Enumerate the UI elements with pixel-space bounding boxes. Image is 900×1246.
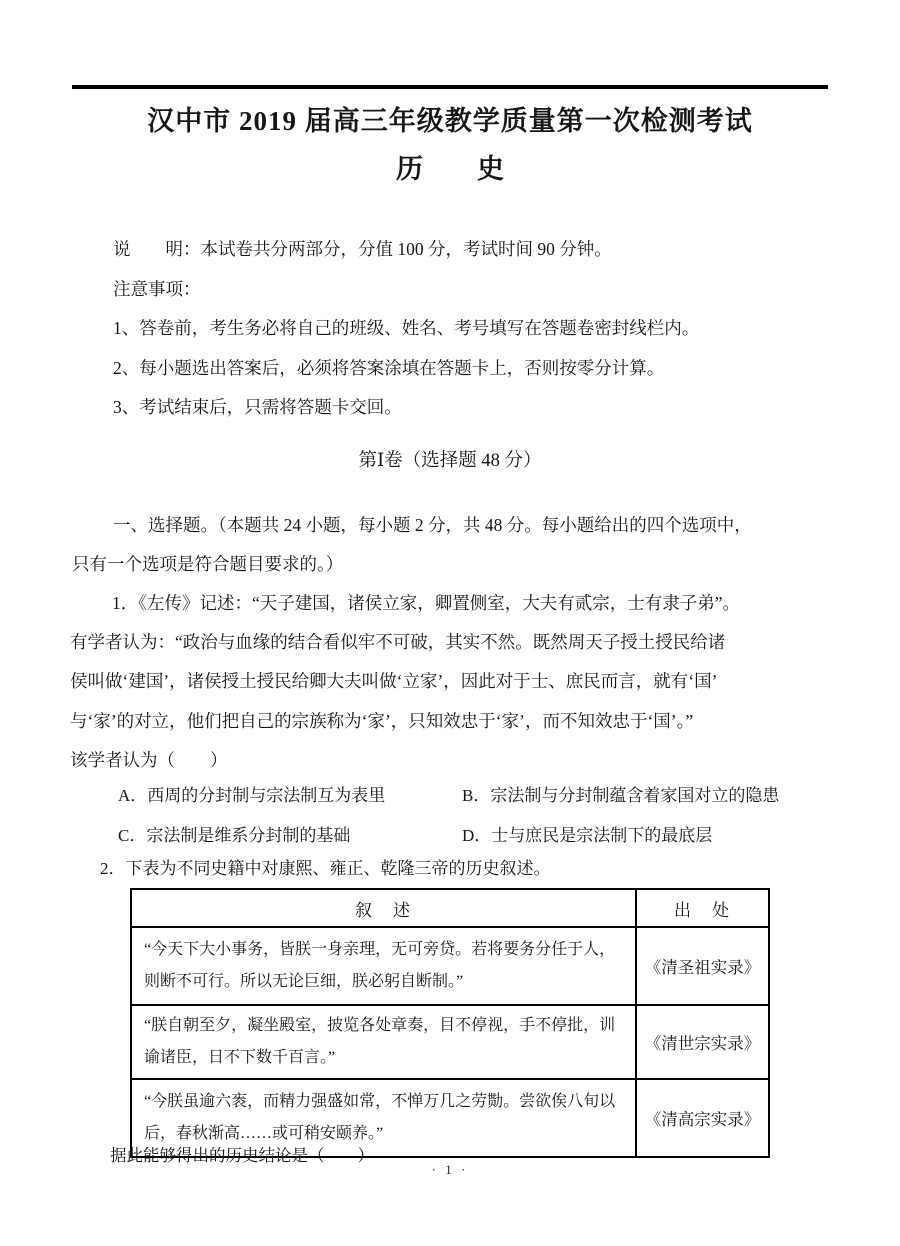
exam-paper-page: 汉中市 2019 届高三年级教学质量第一次检测考试 历 史 说 明：本试卷共分两… [0,0,900,1246]
exam-statement: 说 明：本试卷共分两部分，分值 100 分，考试时间 90 分钟。 [113,230,833,270]
option-d: D．士与庶民是宗法制下的最底层 [462,816,878,856]
source-cell-3: 《清高宗实录》 [636,1079,769,1157]
option-row-1: A．西周的分封制与宗法制互为表里 B．宗法制与分封制蕴含着家国对立的隐患 [118,776,878,816]
page-number: · 1 · [0,1162,900,1178]
intro-line-1: 一、选择题。（本题共 24 小题，每小题 2 分，共 48 分。每小题给出的四个… [72,506,862,545]
option-c: C．宗法制是维系分封制的基础 [118,816,462,856]
table-header-source: 出 处 [636,889,769,927]
table-header-row: 叙 述 出 处 [131,889,769,927]
question-1-line-2: 有学者认为：“政治与血缘的结合看似牢不可破，其实不然。既然周天子授土授民给诸 [70,623,865,662]
question-1-line-3: 侯叫做‘建国’，诸侯授土授民给卿大夫叫做‘立家’，因此对于士、庶民而言，就有‘国… [70,662,865,701]
section-1-heading: 第Ⅰ卷（选择题 48 分） [0,446,900,472]
table-header-narration: 叙 述 [131,889,636,927]
source-cell-1: 《清圣祖实录》 [636,927,769,1005]
narration-cell-2: “朕自朝至夕，凝坐殿室，披览各处章奏，目不停视，手不停批，训谕诸臣，日不下数千百… [131,1005,636,1079]
question-1-options: A．西周的分封制与宗法制互为表里 B．宗法制与分封制蕴含着家国对立的隐患 C．宗… [118,776,878,856]
narration-cell-1: “今天下大小事务，皆朕一身亲理，无可旁贷。若将要务分任于人，则断不可行。所以无论… [131,927,636,1005]
notice-item-3: 3、考试结束后，只需将答题卡交回。 [113,388,833,428]
notice-item-1: 1、答卷前，考生务必将自己的班级、姓名、考号填写在答题卷密封线栏内。 [113,309,833,349]
question-1-line-5: 该学者认为（ ） [70,741,865,780]
header-rule [72,85,828,89]
notice-item-2: 2、每小题选出答案后，必须将答案涂填在答题卡上，否则按零分计算。 [113,349,833,389]
option-a: A．西周的分封制与宗法制互为表里 [118,776,462,816]
source-cell-2: 《清世宗实录》 [636,1005,769,1079]
question-1-text: 1．《左传》记述：“天子建国，诸侯立家，卿置侧室，大夫有贰宗，士有隶子弟”。 有… [70,584,865,780]
exam-subject: 历 史 [0,147,900,186]
question-2-intro: 2．下表为不同史籍中对康熙、雍正、乾隆三帝的历史叙述。 [100,856,860,882]
exam-notice-block: 说 明：本试卷共分两部分，分值 100 分，考试时间 90 分钟。 注意事项： … [113,230,833,428]
option-row-2: C．宗法制是维系分封制的基础 D．士与庶民是宗法制下的最底层 [118,816,878,856]
multiple-choice-intro: 一、选择题。（本题共 24 小题，每小题 2 分，共 48 分。每小题给出的四个… [72,506,862,584]
option-b: B．宗法制与分封制蕴含着家国对立的隐患 [462,776,878,816]
question-1-line-4: 与‘家’的对立，他们把自己的宗族称为‘家’，只知效忠于‘家’，而不知效忠于‘国’… [70,702,865,741]
question-1-line-1: 1．《左传》记述：“天子建国，诸侯立家，卿置侧室，大夫有贰宗，士有隶子弟”。 [70,584,865,623]
exam-title: 汉中市 2019 届高三年级教学质量第一次检测考试 [0,99,900,138]
table-row: “今天下大小事务，皆朕一身亲理，无可旁贷。若将要务分任于人，则断不可行。所以无论… [131,927,769,1005]
notes-heading: 注意事项： [113,270,833,310]
question-2-table: 叙 述 出 处 “今天下大小事务，皆朕一身亲理，无可旁贷。若将要务分任于人，则断… [130,888,770,1158]
intro-line-2: 只有一个选项是符合题目要求的。） [72,545,862,584]
table-row: “朕自朝至夕，凝坐殿室，披览各处章奏，目不停视，手不停批，训谕诸臣，日不下数千百… [131,1005,769,1079]
